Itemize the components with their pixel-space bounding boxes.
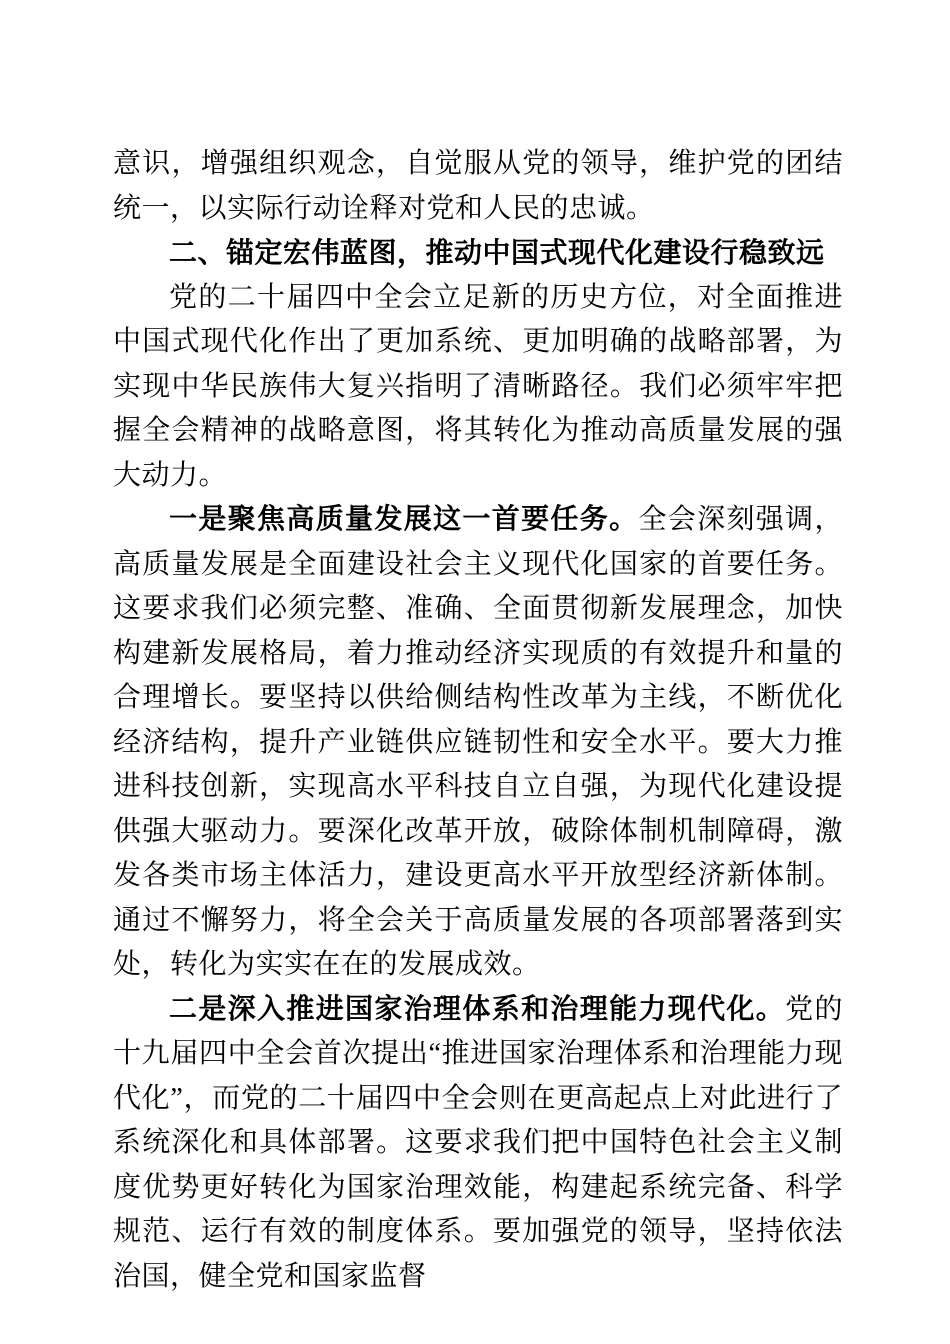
document-page: 意识，增强组织观念，自觉服从党的领导，维护党的团结统一，以实际行动诠释对党和人民… (0, 0, 950, 1344)
paragraph-continuation: 意识，增强组织观念，自觉服从党的领导，维护党的团结统一，以实际行动诠释对党和人民… (113, 142, 843, 231)
paragraph-text: 全会深刻强调，高质量发展是全面建设社会主义现代化国家的首要任务。这要求我们必须完… (113, 504, 843, 980)
paragraph: 一是聚焦高质量发展这一首要任务。全会深刻强调，高质量发展是全面建设社会主义现代化… (113, 498, 843, 988)
paragraph: 二是深入推进国家治理体系和治理能力现代化。党的十九届四中全会首次提出“推进国家治… (113, 988, 843, 1300)
paragraph: 党的二十届四中全会立足新的历史方位，对全面推进中国式现代化作出了更加系统、更加明… (113, 276, 843, 499)
section-heading-text: 二、锚定宏伟蓝图，推动中国式现代化建设行稳致远 (169, 237, 825, 268)
paragraph-lead-in: 一是聚焦高质量发展这一首要任务。 (169, 504, 638, 535)
paragraph-text: 党的二十届四中全会立足新的历史方位，对全面推进中国式现代化作出了更加系统、更加明… (113, 282, 843, 491)
paragraph-text: 意识，增强组织观念，自觉服从党的领导，维护党的团结统一，以实际行动诠释对党和人民… (113, 148, 843, 224)
paragraph-lead-in: 二是深入推进国家治理体系和治理能力现代化。 (169, 994, 785, 1025)
paragraph-text: 党的十九届四中全会首次提出“推进国家治理体系和治理能力现代化”，而党的二十届四中… (113, 994, 843, 1292)
document-body: 意识，增强组织观念，自觉服从党的领导，维护党的团结统一，以实际行动诠释对党和人民… (113, 142, 843, 1299)
section-heading: 二、锚定宏伟蓝图，推动中国式现代化建设行稳致远 (113, 231, 843, 276)
